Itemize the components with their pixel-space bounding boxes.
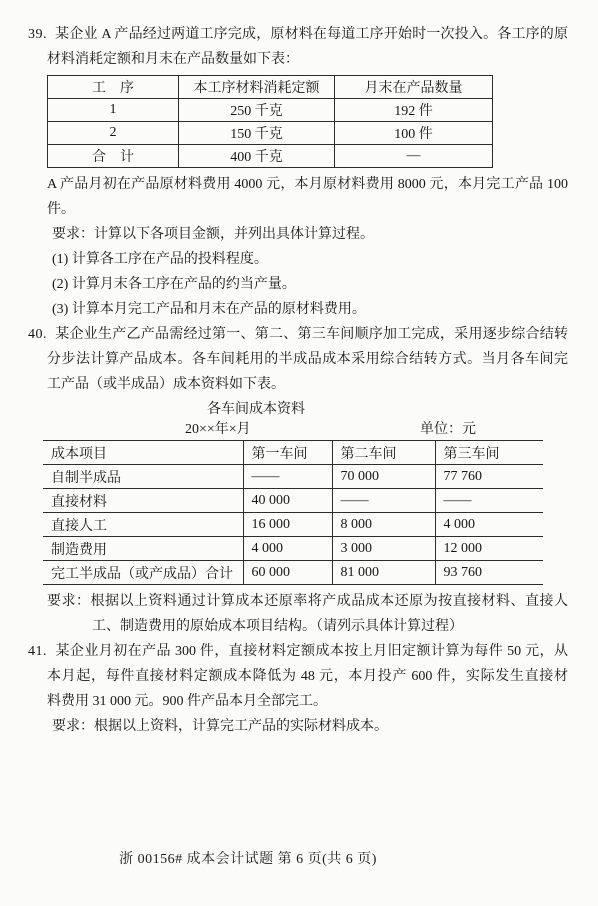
cell-total-dash: — xyxy=(335,145,493,168)
header-cost-item: 成本项目 xyxy=(43,441,243,465)
workshop-cost-table: 成本项目 第一车间 第二车间 第三车间 自制半成品 —— 70 000 77 7… xyxy=(43,440,543,585)
cell-value: 4 000 xyxy=(243,537,332,561)
cell-total-quota: 400 千克 xyxy=(179,145,335,168)
cell-quota-1: 250 千克 xyxy=(179,99,335,122)
cell-value: 12 000 xyxy=(435,537,543,561)
cell-value: 40 000 xyxy=(243,489,332,513)
question-41: 41.某企业月初在产品 300 件，直接材料定额成本按上月旧定额计算为每件 50… xyxy=(28,639,568,739)
table-header-row: 工 序 本工序材料消耗定额 月末在产品数量 xyxy=(48,76,493,99)
cell-value: 60 000 xyxy=(243,561,332,585)
question-40-text: 某企业生产乙产品需经过第一、第二、第三车间顺序加工完成，采用逐步综合结转 xyxy=(55,327,568,342)
table-row: 1 250 千克 192 件 xyxy=(48,99,493,122)
question-39-para-line-1: A 产品月初在产品原材料费用 4000 元，本月原材料费用 8000 元，本月完… xyxy=(47,172,568,197)
cell-value: 4 000 xyxy=(435,513,543,537)
header-wip-qty: 月末在产品数量 xyxy=(335,76,493,99)
header-workshop-2: 第二车间 xyxy=(332,441,435,465)
cell-process-1: 1 xyxy=(48,99,179,122)
cost-table-period: 20××年×月 xyxy=(185,422,251,437)
question-39-number: 39. xyxy=(28,27,47,42)
cost-table-meta: 20××年×月 单位：元 xyxy=(185,420,568,440)
question-40: 40.某企业生产乙产品需经过第一、第二、第三车间顺序加工完成，采用逐步综合结转 … xyxy=(28,322,568,639)
question-41-text: 某企业月初在产品 300 件，直接材料定额成本按上月旧定额计算为每件 50 元，… xyxy=(55,644,568,659)
cost-table-unit: 单位：元 xyxy=(420,420,476,440)
cell-quota-2: 150 千克 xyxy=(179,122,335,145)
table-header-row: 成本项目 第一车间 第二车间 第三车间 xyxy=(43,441,543,465)
question-40-line-2: 分步法计算产品成本。各车间耗用的半成品成本采用综合结转方式。当月各车间完 xyxy=(47,347,568,372)
cell-total-label: 合 计 xyxy=(48,145,179,168)
exam-page: 39.某企业 A 产品经过两道工序完成，原材料在每道工序开始时一次投入。各工序的… xyxy=(0,0,598,906)
question-39-line-1: 39.某企业 A 产品经过两道工序完成，原材料在每道工序开始时一次投入。各工序的… xyxy=(28,22,568,47)
header-process: 工 序 xyxy=(48,76,179,99)
cell-value: 70 000 xyxy=(332,465,435,489)
question-40-line-3: 工产品（或半成品）成本资料如下表。 xyxy=(47,372,568,397)
cell-label: 直接人工 xyxy=(43,513,243,537)
cost-table-title: 各车间成本资料 xyxy=(207,400,568,420)
cell-label: 直接材料 xyxy=(43,489,243,513)
table-row-direct-labor: 直接人工 16 000 8 000 4 000 xyxy=(43,513,543,537)
cell-value: —— xyxy=(243,465,332,489)
question-40-requirement-line-2: 工、制造费用的原始成本项目结构。（请列示具体计算过程） xyxy=(92,614,568,639)
table-row-direct-material: 直接材料 40 000 —— —— xyxy=(43,489,543,513)
table-row-total: 完工半成品（或产成品）合计 60 000 81 000 93 760 xyxy=(43,561,543,585)
header-quota: 本工序材料消耗定额 xyxy=(179,76,335,99)
cell-value: 77 760 xyxy=(435,465,543,489)
cell-value: 81 000 xyxy=(332,561,435,585)
question-39-requirement: 要求：计算以下各项目金额，并列出具体计算过程。 xyxy=(52,222,568,247)
cell-value: 8 000 xyxy=(332,513,435,537)
table-row-semifinished: 自制半成品 —— 70 000 77 760 xyxy=(43,465,543,489)
cell-qty-2: 100 件 xyxy=(335,122,493,145)
question-40-requirement-line-1: 要求：根据以上资料通过计算成本还原率将产成品成本还原为按直接材料、直接人 xyxy=(47,589,568,614)
question-40-line-1: 40.某企业生产乙产品需经过第一、第二、第三车间顺序加工完成，采用逐步综合结转 xyxy=(28,322,568,347)
table-row-manufacturing-overhead: 制造费用 4 000 3 000 12 000 xyxy=(43,537,543,561)
cell-value: 3 000 xyxy=(332,537,435,561)
cell-value: 93 760 xyxy=(435,561,543,585)
question-39-text: 某企业 A 产品经过两道工序完成，原材料在每道工序开始时一次投入。各工序的原 xyxy=(55,27,568,42)
cell-value: —— xyxy=(332,489,435,513)
cell-value: 16 000 xyxy=(243,513,332,537)
question-39-item-1: (1) 计算各工序在产品的投料程度。 xyxy=(52,247,568,272)
question-39-para-line-2: 件。 xyxy=(47,197,568,222)
cell-process-2: 2 xyxy=(48,122,179,145)
question-41-requirement: 要求：根据以上资料，计算完工产品的实际材料成本。 xyxy=(52,714,568,739)
question-39-item-2: (2) 计算月末各工序在产品的约当产量。 xyxy=(52,272,568,297)
question-41-line-2: 本月起，每件直接材料定额成本降低为 48 元，本月投产 600 件，实际发生直接… xyxy=(47,664,568,689)
header-workshop-1: 第一车间 xyxy=(243,441,332,465)
cell-qty-1: 192 件 xyxy=(335,99,493,122)
table-total-row: 合 计 400 千克 — xyxy=(48,145,493,168)
question-41-number: 41. xyxy=(28,644,47,659)
cell-label: 完工半成品（或产成品）合计 xyxy=(43,561,243,585)
question-39-line-2: 材料消耗定额和月末在产品数量如下表： xyxy=(47,47,568,72)
page-footer: 浙 00156# 成本会计试题 第 6 页(共 6 页) xyxy=(0,848,598,868)
cell-label: 自制半成品 xyxy=(43,465,243,489)
question-40-number: 40. xyxy=(28,327,47,342)
header-workshop-3: 第三车间 xyxy=(435,441,543,465)
question-41-line-1: 41.某企业月初在产品 300 件，直接材料定额成本按上月旧定额计算为每件 50… xyxy=(28,639,568,664)
cell-value: —— xyxy=(435,489,543,513)
question-39: 39.某企业 A 产品经过两道工序完成，原材料在每道工序开始时一次投入。各工序的… xyxy=(28,22,568,322)
materials-quota-table: 工 序 本工序材料消耗定额 月末在产品数量 1 250 千克 192 件 2 1… xyxy=(47,75,493,168)
question-39-item-3: (3) 计算本月完工产品和月末在产品的原材料费用。 xyxy=(52,297,568,322)
cell-label: 制造费用 xyxy=(43,537,243,561)
table-row: 2 150 千克 100 件 xyxy=(48,122,493,145)
question-41-line-3: 料费用 31 000 元。900 件产品本月全部完工。 xyxy=(47,689,568,714)
